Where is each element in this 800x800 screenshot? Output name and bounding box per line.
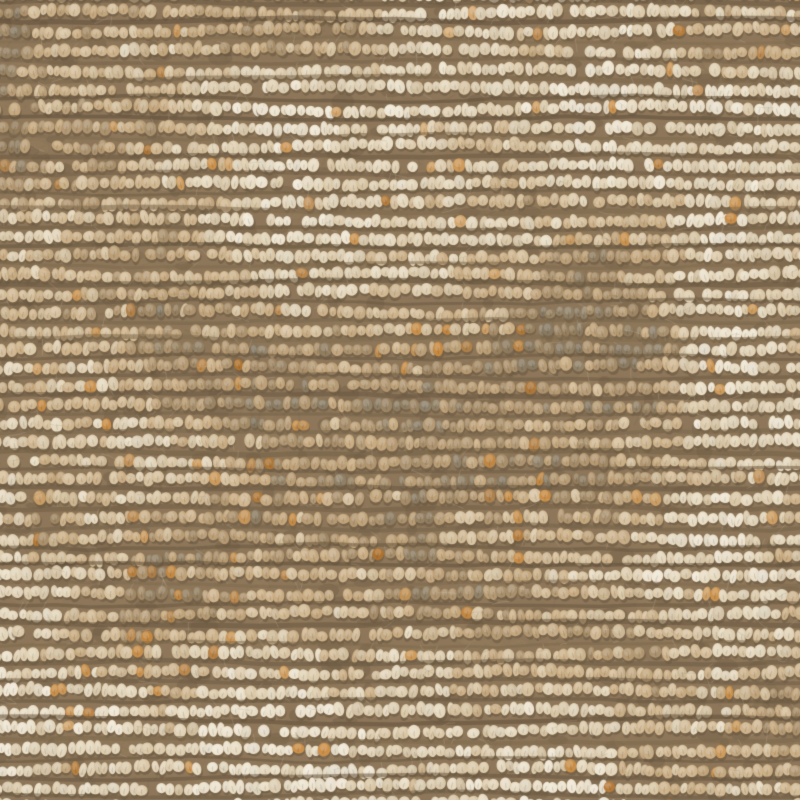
rug-texture-canvas [0, 0, 800, 800]
rug-texture-photo [0, 0, 800, 800]
